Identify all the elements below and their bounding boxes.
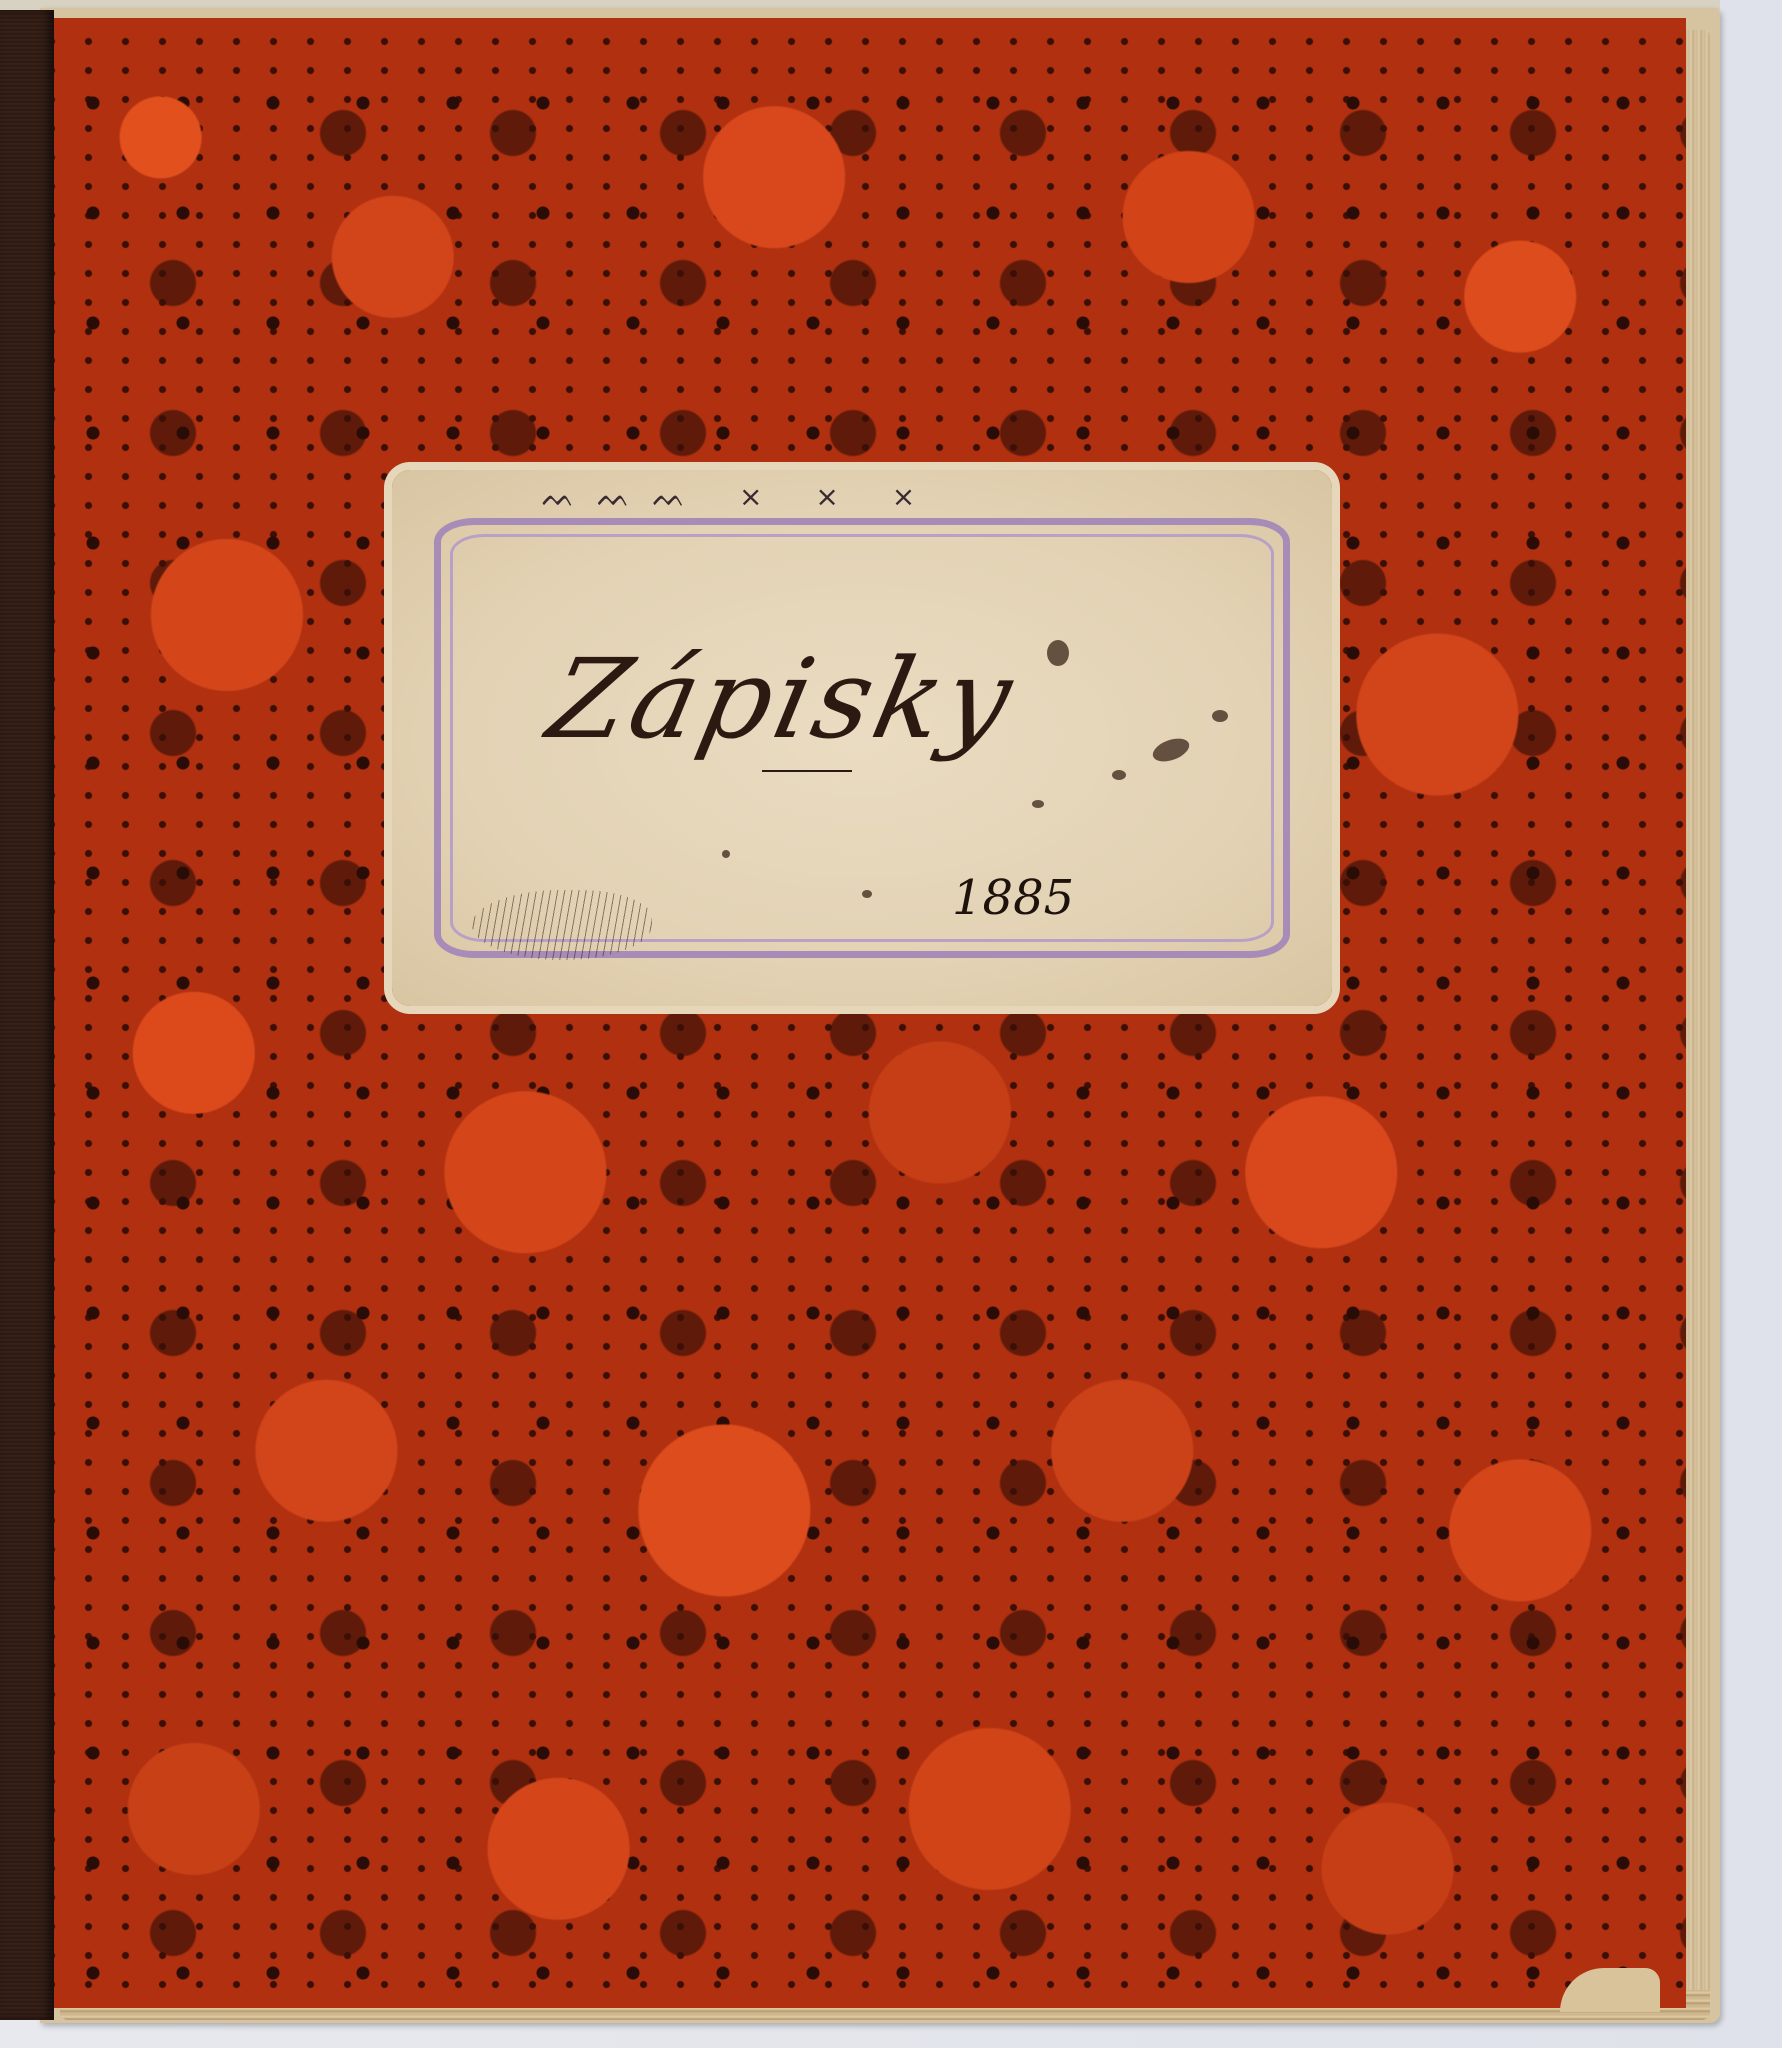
ink-stain (1112, 770, 1126, 780)
ink-stain (1212, 710, 1228, 722)
ink-stain (1032, 800, 1044, 808)
label-pen-marks: ᨓᨓᨓ × × × (542, 480, 1142, 520)
ink-stain (862, 890, 872, 898)
ink-stain (722, 850, 730, 858)
ink-stain (1047, 640, 1069, 666)
label-year: 1885 (952, 870, 1074, 926)
cover-label: ᨓᨓᨓ × × × Zápisky 1885 (392, 470, 1332, 1006)
signature-flourish (472, 890, 652, 960)
label-title: Zápisky (538, 635, 1185, 763)
marbled-cover (28, 18, 1686, 2008)
cloth-spine (0, 10, 54, 2020)
label-underline (762, 770, 852, 772)
